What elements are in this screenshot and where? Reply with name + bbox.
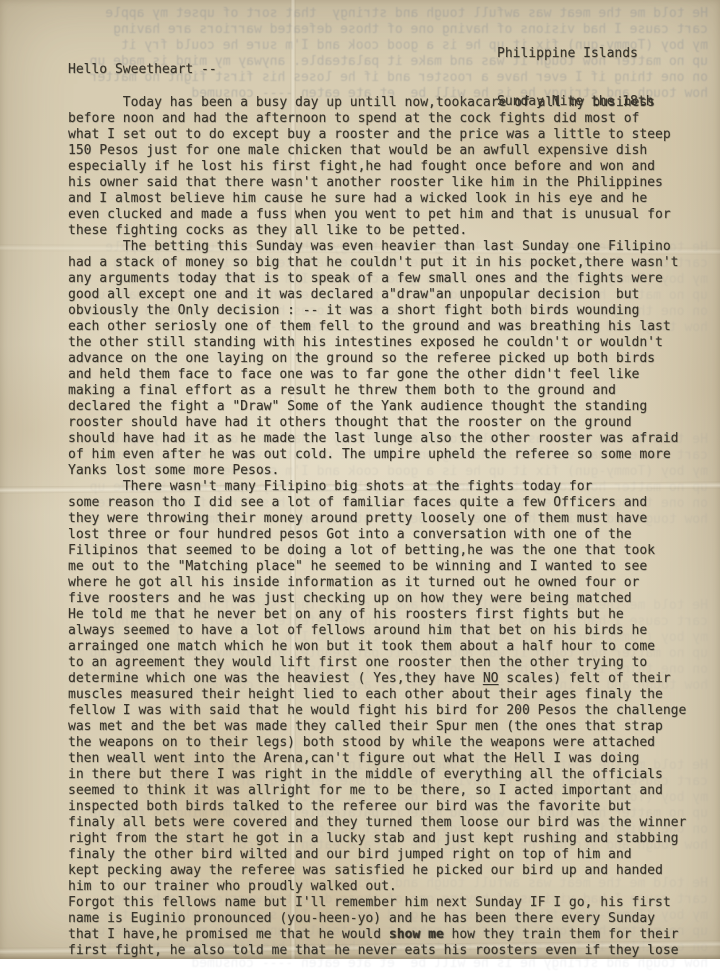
letter-line: making a final effort as a result he thr… [68,383,718,399]
letter-text: that I have,he promised me that he would [68,927,389,942]
letter-line: in there but there I was right in the mi… [68,767,718,783]
letter-line: me out to the "Matching place" he seemed… [68,559,718,575]
letter-line: obviously the Only decision : -- it was … [68,303,718,319]
letter-line: Forgot this fellows name but I'll rememb… [68,895,718,911]
letter-line: each other seriosly one of them fell to … [68,319,718,335]
letter-line: 150 Pesos just for one male chicken that… [68,143,718,159]
letter-line: and held them face to face one was to fa… [68,367,718,383]
underlined-text: NO [483,671,499,686]
letter-line: the other still standing with his intest… [68,335,718,351]
letter-line: advance on the one laying on the ground … [68,351,718,367]
letter-line: especially if he lost his first fight,he… [68,159,718,175]
letter-line: good all except one and it was declared … [68,287,718,303]
letter-line: kept pecking away the referee was satisf… [68,863,718,879]
letter-line: that I have,he promised me that he would… [68,927,718,943]
letter-line: even clucked and made a fuss when you we… [68,207,718,223]
letter-line: first fight, he also told me that he nev… [68,943,718,959]
letter-line: He told me that he never bet on any of h… [68,607,718,623]
letter-line: to an agreement they would lift first on… [68,655,718,671]
letter-line: arrainged one match which he won but it … [68,639,718,655]
letter-line: right from the start he got in a lucky s… [68,831,718,847]
letter-line: some reason tho I did see a lot of famil… [68,495,718,511]
letter-line: inspected both birds talked to the refer… [68,799,718,815]
letter-line: Filipinos that seemed to be doing a lot … [68,543,718,559]
letter-line: fellow I was with said that he would fig… [68,703,718,719]
letter-line: him to our trainer who proudly walked ou… [68,879,718,895]
letter-page: He told me the meat was awfull tough and… [0,0,720,959]
letter-line: seemed to think it was allright for me t… [68,783,718,799]
letter-line: declared the fight a "Draw" Some of the … [68,399,718,415]
letter-line: the weapons on to their legs) both stood… [68,735,718,751]
letter-line: his owner said that there wasn't another… [68,175,718,191]
letter-line: of him even after he was out cold. The u… [68,447,718,463]
letter-line: five roosters and he was just checking u… [68,591,718,607]
letter-line: then weall went into the Arena,can't fig… [68,751,718,767]
letter-text: scales) felt of their [498,671,670,686]
letter-line: was met and the bet was made they called… [68,719,718,735]
letter-line: Today has been a busy day up untill now,… [68,95,718,111]
letter-line: what I set out to do except buy a rooste… [68,127,718,143]
letter-text: how they train them for their [444,927,679,942]
letter-line: determine which one was the heaviest ( Y… [68,671,718,687]
letter-line: finaly all bets were covered and they tu… [68,815,718,831]
letter-text: determine which one was the heaviest ( Y… [68,671,483,686]
letter-line: should have had it as he made the last l… [68,431,718,447]
letter-line: finaly the other bird wilted and our bir… [68,847,718,863]
letter-body: Today has been a busy day up untill now,… [68,95,718,959]
letter-line: where he got all his inside information … [68,575,718,591]
letter-line: lost three or four hundred pesos Got int… [68,527,718,543]
letter-line: before noon and had the afternoon to spe… [68,111,718,127]
letter-line: they were throwing their money around pr… [68,511,718,527]
letter-line: There wasn't many Filipino big shots at … [68,479,718,495]
letter-line: these fighting cocks as they all like to… [68,223,718,239]
letter-line: muscles measured their height lied to ea… [68,687,718,703]
letter-line: The betting this Sunday was even heavier… [68,239,718,255]
letter-line: rooster should have had it others though… [68,415,718,431]
letter-line: name is Euginio pronounced (you-heen-yo)… [68,911,718,927]
letter-line: Yanks lost some more Pesos. [68,463,718,479]
overstruck-bold-text: show me [389,927,444,942]
letter-line: and I almost believe him cause he sure h… [68,191,718,207]
letter-line: had a stack of money so big that he coul… [68,255,718,271]
letter-line: always seemed to have a lot of fellows a… [68,623,718,639]
letter-line: any arguments today that is to speak of … [68,271,718,287]
dateline-location: Philippine Islands [497,46,654,62]
salutation: Hello Sweetheart -- [68,62,217,78]
